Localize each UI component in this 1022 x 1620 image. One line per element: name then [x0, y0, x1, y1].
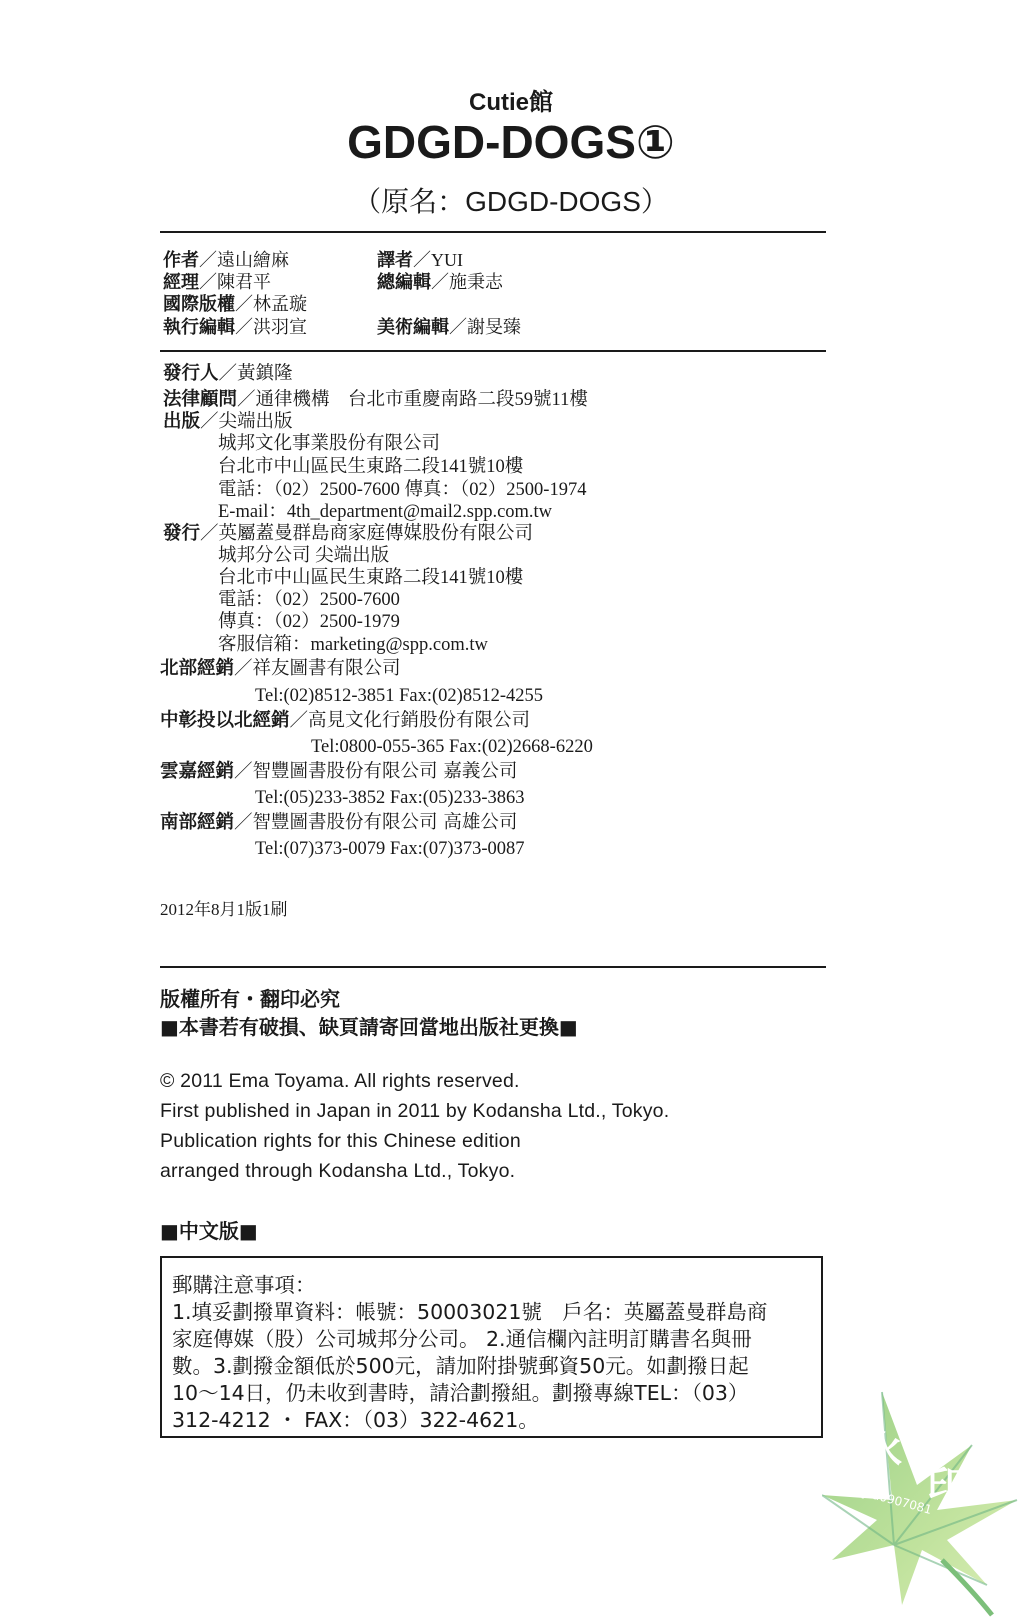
dealer-south: 南部經銷／智豐圖書股份有限公司 高雄公司	[160, 812, 517, 835]
divider-top	[160, 231, 826, 233]
credit-art-editor: 美術編輯／謝旻臻	[377, 313, 521, 339]
mail-order-line-2: 家庭傳媒（股）公司城邦分公司。 2.通信欄內註明訂購書名與冊	[172, 1322, 752, 1352]
dealer-north-contact: Tel:(02)8512-3851 Fax:(02)8512-4255	[255, 685, 543, 708]
mail-order-line-3: 數。3.劃撥金額低於500元，請加附掛號郵資50元。如劃撥日起	[172, 1349, 749, 1379]
distribution-service-email: 客服信箱：marketing@spp.com.tw	[218, 634, 488, 657]
legal-line: 法律顧問／通律機構 台北市重慶南路二段59號11樓	[163, 389, 588, 412]
chinese-edition-label: ■中文版■	[160, 1215, 258, 1244]
copyright-line-3: Publication rights for this Chinese edit…	[160, 1130, 521, 1153]
mail-order-line-5: 312-4212 ・ FAX：（03）322-4621。	[172, 1403, 539, 1433]
dealer-central-contact: Tel:0800-055-365 Fax:(02)2668-6220	[311, 736, 593, 759]
publishing-email: E-mail：4th_department@mail2.spp.com.tw	[218, 501, 552, 524]
dealer-yunjia-contact: Tel:(05)233-3852 Fax:(05)233-3863	[255, 787, 524, 810]
publishing-line: 出版／尖端出版	[163, 411, 293, 434]
dealer-south-contact: Tel:(07)373-0079 Fax:(07)373-0087	[255, 838, 524, 861]
mail-order-notice-box: 郵購注意事項： 1.填妥劃撥單資料：帳號：50003021號 戶名：英屬蓋曼群島…	[160, 1256, 823, 1438]
publishing-address: 台北市中山區民生東路二段141號10樓	[218, 456, 523, 479]
publishing-company: 城邦文化事業股份有限公司	[218, 433, 440, 456]
divider-middle	[160, 350, 826, 352]
mail-order-line-4: 10～14日，仍未收到書時，請洽劃撥組。劃撥專線TEL：（03）	[172, 1376, 748, 1406]
damage-notice: ■本書若有破損、缺頁請寄回當地出版社更換■	[160, 1011, 578, 1040]
dealer-north: 北部經銷／祥友圖書有限公司	[160, 658, 401, 681]
copyright-line-1: © 2011 Ema Toyama. All rights reserved.	[160, 1070, 520, 1093]
issuer-line: 發行人／黃鎮隆	[163, 363, 293, 386]
edition-info: 2012年8月1版1刷	[160, 895, 288, 920]
mail-order-title: 郵購注意事項：	[172, 1268, 316, 1298]
mail-order-line-1: 1.填妥劃撥單資料：帳號：50003021號 戶名：英屬蓋曼群島商	[172, 1295, 767, 1325]
distribution-fax: 傳真：（02）2500-1979	[218, 611, 400, 634]
scanner-watermark: 水 印 Scan by a0907081	[822, 1390, 1022, 1620]
credit-exec-editor: 執行編輯／洪羽宣	[163, 313, 307, 339]
publishing-phone-fax: 電話：（02）2500-7600 傳真：（02）2500-1974	[218, 479, 586, 502]
watermark-char-water: 水	[862, 1429, 902, 1475]
distribution-branch: 城邦分公司 尖端出版	[218, 545, 389, 568]
copyright-line-4: arranged through Kodansha Ltd., Tokyo.	[160, 1160, 515, 1183]
rights-reserved: 版權所有・翻印必究	[160, 983, 340, 1012]
divider-bottom	[160, 966, 826, 968]
original-title: （原名：GDGD-DOGS）	[0, 180, 1022, 220]
distribution-line: 發行／英屬蓋曼群島商家庭傳媒股份有限公司	[163, 523, 533, 546]
dealer-central: 中彰投以北經銷／高見文化行銷股份有限公司	[160, 710, 530, 733]
distribution-address: 台北市中山區民生東路二段141號10樓	[218, 567, 523, 590]
distribution-phone: 電話：（02）2500-7600	[218, 589, 400, 612]
maple-leaf-icon: 水 印 Scan by a0907081	[822, 1390, 1022, 1620]
credit-chief-editor: 總編輯／施秉志	[377, 268, 503, 294]
copyright-line-2: First published in Japan in 2011 by Koda…	[160, 1100, 669, 1123]
dealer-yunjia: 雲嘉經銷／智豐圖書股份有限公司 嘉義公司	[160, 761, 517, 784]
series-label: Cutie館	[0, 82, 1022, 117]
book-title: GDGD-DOGS①	[0, 115, 1022, 169]
